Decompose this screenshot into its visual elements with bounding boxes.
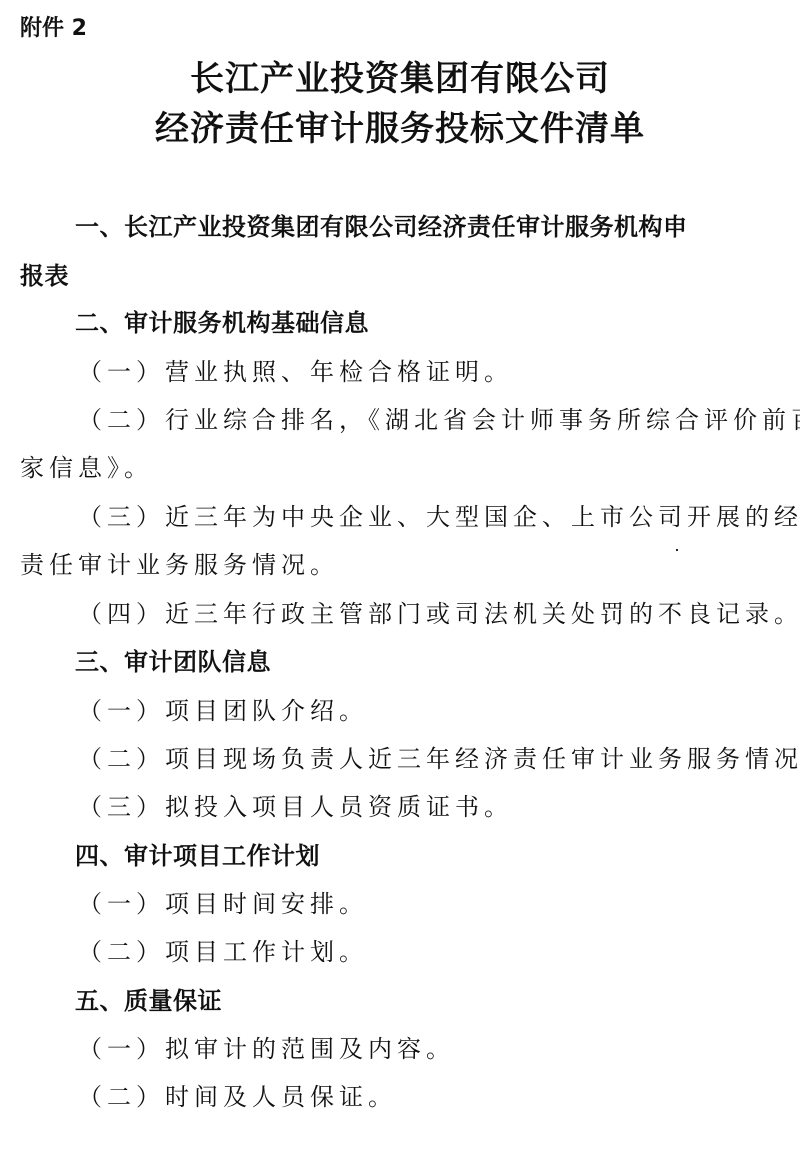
section-4-item-2: （二）项目工作计划。 — [0, 935, 800, 969]
section-3-item-3: （三）拟投入项目人员资质证书。 — [0, 790, 800, 824]
section-3-heading: 三、审计团队信息 — [0, 645, 800, 679]
section-2-item-4: （四）近三年行政主管部门或司法机关处罚的不良记录。 — [0, 597, 800, 631]
section-5-item-2: （二）时间及人员保证。 — [0, 1080, 800, 1114]
section-4-heading: 四、审计项目工作计划 — [0, 839, 800, 873]
attachment-label: 附件 2 — [20, 14, 87, 44]
section-1-heading-cont: 报表 — [0, 259, 800, 293]
section-2-item-1: （一）营业执照、年检合格证明。 — [0, 355, 800, 389]
section-3-item-2: （二）项目现场负责人近三年经济责任审计业务服务情况。 — [0, 742, 800, 776]
document-title-line2: 经济责任审计服务投标文件清单 — [0, 106, 800, 152]
section-2-item-3-cont: 责任审计业务服务情况。 — [0, 548, 800, 582]
section-4-item-1: （一）项目时间安排。 — [0, 887, 800, 921]
section-2-item-2: （二）行业综合排名，《湖北省会计师事务所综合评价前百 — [0, 403, 800, 437]
section-5-heading: 五、质量保证 — [0, 984, 800, 1018]
section-1-heading: 一、长江产业投资集团有限公司经济责任审计服务机构申 — [0, 210, 800, 244]
section-2-heading: 二、审计服务机构基础信息 — [0, 306, 800, 340]
document-title-line1: 长江产业投资集团有限公司 — [0, 56, 800, 102]
section-2-item-2-cont: 家信息》。 — [0, 451, 800, 485]
scan-speck — [676, 549, 678, 551]
section-3-item-1: （一）项目团队介绍。 — [0, 694, 800, 728]
section-2-item-3: （三）近三年为中央企业、大型国企、上市公司开展的经济 — [0, 500, 800, 534]
section-5-item-1: （一）拟审计的范围及内容。 — [0, 1032, 800, 1066]
